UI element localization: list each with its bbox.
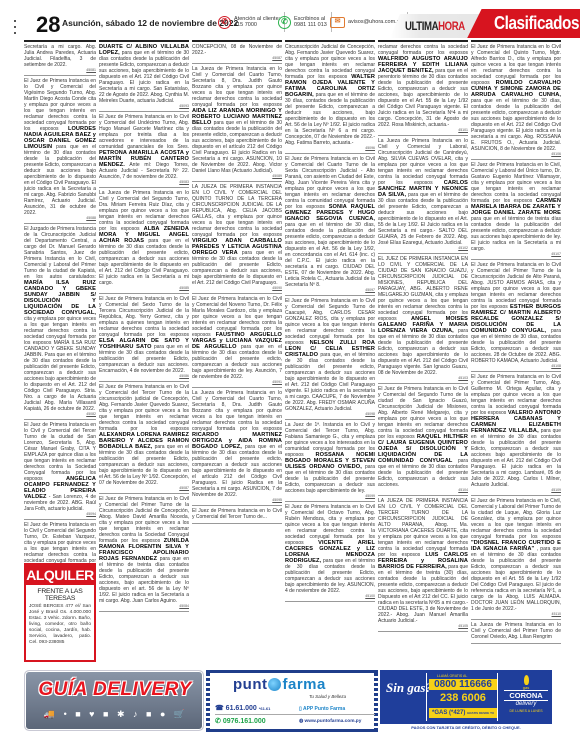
notice-text: para que en el término de 30 días contad… xyxy=(285,558,375,594)
whatsapp-number: ✆ 0976.161.000 xyxy=(215,717,266,725)
notice-text: para que en el término de 30 días contad… xyxy=(99,50,189,104)
mail-icon: ✉ xyxy=(330,17,345,28)
legal-notice: El Juez de Primera Instancia en lo Civil… xyxy=(471,372,561,496)
website-link[interactable]: ◍ www.puntofarma.com.py xyxy=(299,719,361,724)
notice-text: El Juez de Primera Instancia en lo Civil… xyxy=(378,386,468,440)
border-decoration xyxy=(374,673,378,729)
notice-code: 45083 xyxy=(99,180,189,184)
legal-notice: El Juez de Primera Instancia en lo Civil… xyxy=(99,112,189,188)
column-4: Circunscripción Judicial de Concepción, … xyxy=(285,40,375,662)
notice-code: 45106 xyxy=(471,152,561,156)
delivery-guide-ad[interactable]: GUÍA DELIVERY 🚚 • ■ ♥ ■ ✱ ♪ ■ ● 🛒 xyxy=(24,670,204,731)
notice-code: 45109 xyxy=(471,488,561,492)
notice-text: El Juez de Primera Instancia en lo Civil… xyxy=(471,262,561,310)
legal-notice: La Jueza de Primera Instancia en lo Civi… xyxy=(471,620,561,644)
legal-notice: El Juez de Primera Instancia en lo Civil… xyxy=(471,260,561,372)
notice-text: LA JUEZA DE PRIMERA INSTANCIA EN LO CIVI… xyxy=(378,498,468,558)
notice-code: 45108 xyxy=(471,364,561,368)
column-3: CONCEPCION, 08 de Noviembre de 2022.- 45… xyxy=(192,40,282,662)
notice-code: 45101 xyxy=(378,128,468,132)
notice-code: 45084 xyxy=(99,604,189,608)
notice-text: Secretaría a mi cargo. Abg. Julia Andrea… xyxy=(24,44,96,68)
legal-notice: La Juez de 1ª. Instancia en lo Civil y C… xyxy=(285,420,375,502)
dateline: Asunción, sábado 12 de noviembre de 2022 xyxy=(62,18,238,28)
punto-farma-ad[interactable]: puntfarma Tu Salud y Belleza ☎ 61.61.000… xyxy=(206,670,378,732)
notice-text: para que en el término de treinta días c… xyxy=(471,216,561,252)
brand-logo: ULTIMAHORA xyxy=(405,19,465,33)
local-number: 238 6006 xyxy=(429,692,497,704)
notice-code: 45082 xyxy=(24,412,96,416)
legal-notice: EL JUEZ DE PRIMERA INSTANCIA EN LO CIVIL… xyxy=(378,254,468,384)
logo-orb-icon xyxy=(268,678,281,691)
notice-parties: MARÍA ILSA RUIZ CANDADO Y GBEKE SUNDAY J… xyxy=(24,280,96,316)
legal-notice: reclamar derechos contra la sociedad con… xyxy=(378,42,468,136)
notice-text: El Juez de Primera Instancia en lo Civil… xyxy=(24,78,96,132)
divider xyxy=(215,714,375,715)
legal-notice: El Juez de Primera Instancia en lo Civil… xyxy=(285,296,375,420)
notice-code: 45085 xyxy=(99,286,189,290)
rental-ad: ALQUILER FRENTE A LAS TERESAS JOSÉ BERGE… xyxy=(24,563,96,662)
notice-text: El Juez de Primera Instancia en lo Civil… xyxy=(471,498,561,540)
notice-text: El Juzgado de Primera Instancia de la Ci… xyxy=(24,226,96,280)
notice-text: para que en el término de 30 días, conta… xyxy=(471,98,561,152)
phone-icon: ✆ xyxy=(218,16,231,29)
notice-code: 45098 xyxy=(285,412,375,416)
notice-text: para que en el término de 30 días, conta… xyxy=(285,92,375,146)
rental-heading: ALQUILER xyxy=(26,565,94,585)
notice-code: 45105 xyxy=(378,624,468,628)
notice-code: 45099 xyxy=(285,494,375,498)
notice-text: La Jueza de Primera Instancia en lo Civi… xyxy=(192,390,282,432)
notice-text: La Jueza de Primera Instancia en lo Civi… xyxy=(378,138,468,186)
notice-code: 45102 xyxy=(378,246,468,250)
notice-text: para que en el término de treinta (30) d… xyxy=(378,564,468,624)
rental-title: FRENTE A LAS TERESAS xyxy=(26,588,94,602)
legal-notice: El Juez de Primera Instancia en lo Civil… xyxy=(285,154,375,296)
punto-farma-logo: puntfarma xyxy=(233,676,326,693)
notice-text: para que en el término de 30 días, conta… xyxy=(471,328,561,364)
notice-text: para que en el término de 30 días contad… xyxy=(24,144,96,216)
short-code: *GAS (*427) GRATIS DESDE TU CELULAR xyxy=(429,708,497,718)
notice-text: cita y emplaza por quince veces a los qu… xyxy=(24,316,96,412)
notice-text: LA JUEZA DE PRIMERA INSTANCIA EN LO CIVI… xyxy=(192,184,282,238)
contact-phone[interactable]: ✆ Atención al cliente:415 7000 xyxy=(218,12,285,32)
notice-text: reclamar derechos contra la sociedad con… xyxy=(378,44,468,56)
notice-text: para que en el término de 30 días contad… xyxy=(192,444,282,498)
notice-text: CONCEPCION, 08 de Noviembre de 2022.- xyxy=(192,44,282,56)
rental-body: JOSÉ BERGES 477 e// San José y Brasil Gs… xyxy=(26,602,94,648)
notice-code: 45086 xyxy=(99,374,189,378)
legal-notice: El Juez de Primera Instancia en lo Civil… xyxy=(471,160,561,260)
classifieds-columns: Secretaría a mi cargo. Abg. Julia Andrea… xyxy=(24,40,580,662)
notice-text: para que en el término de 30 días contad… xyxy=(192,250,282,286)
notice-text: El Juez de Primera Instancia en lo Civil… xyxy=(24,422,96,482)
legal-notice: El Juez de Primera Instancia en lo Civil… xyxy=(24,420,96,520)
punto-farma-tagline: Tu Salud y Belleza xyxy=(309,694,346,699)
notice-text: El Juez de Primera Instancia en lo Civil… xyxy=(99,296,189,338)
notice-text: para que en el perentorio término de 30 … xyxy=(378,68,468,128)
legal-notice: La Jueza de Primera Instancia en lo Civi… xyxy=(378,136,468,254)
notice-code: 45100 xyxy=(285,594,375,598)
column-5: reclamar derechos contra la sociedad con… xyxy=(378,40,468,662)
notice-code: 45081 xyxy=(24,68,96,72)
gas-delivery-ad[interactable]: Sin gas? LLAMÁ GRATIS AL 0800 116666 238… xyxy=(380,670,552,724)
legal-notice: LA JUEZA DE PRIMERA INSTANCIA EN LO CIVI… xyxy=(378,496,468,632)
notice-text: , para que en el término de 30 días cont… xyxy=(471,546,561,612)
notice-code: 45107 xyxy=(471,252,561,256)
column-6: El Juez de Primera Instancia en lo Civil… xyxy=(471,40,561,662)
contact-value: avisos@uhora.com.py xyxy=(348,19,403,26)
notice-code: 45087 xyxy=(99,486,189,490)
contact-value: 0981 111 013 xyxy=(294,22,327,28)
legal-notice: El Juez de Primera Instancia en lo Civil… xyxy=(192,294,282,388)
legal-notice: El Juez de Primera Instancia en lo Civil… xyxy=(378,384,468,496)
legal-notice: La Jueza de Primera Instancia en lo Civi… xyxy=(192,388,282,506)
notice-code: 45087 xyxy=(192,56,282,60)
delivery-icons: 🚚 • ■ ♥ ■ ✱ ♪ ■ ● 🛒 xyxy=(33,709,199,720)
flame-icon xyxy=(524,675,529,685)
column-2: DUARTE C/ ALBINO VILLALBA LOPEZ, para qu… xyxy=(99,40,189,662)
call-free-label: LLAMÁ GRATIS AL xyxy=(437,674,467,678)
notice-text: EL JUEZ DE PRIMERA INSTANCIA EN LO CIVIL… xyxy=(378,256,468,322)
notice-text: La Jueza de Primera Instancia en lo Civi… xyxy=(192,66,282,108)
notice-text: El Juez de Primera Instancia en lo Civil… xyxy=(99,114,189,150)
legal-notice: La Jueza de Primera Instancia en lo Civi… xyxy=(192,64,282,182)
border-decoration xyxy=(206,673,210,729)
legal-notice: El Juez de Primera Instancia en lo Civil… xyxy=(285,502,375,602)
notice-code: 45103 xyxy=(378,376,468,380)
notice-code: 45090 xyxy=(192,286,282,290)
delivery-title: GUÍA DELIVERY xyxy=(31,679,199,701)
notice-code: 45110 xyxy=(471,612,561,616)
legal-notice: El Juez de Primera Instancia en lo Civil… xyxy=(24,76,96,224)
notice-code: 45096 xyxy=(285,146,375,150)
notice-code: 45091 xyxy=(192,380,282,384)
notice-text: El Juez de Primera Instancia en lo Civil… xyxy=(99,496,189,544)
notice-text: El Juez de Primera Instancia en lo Civil… xyxy=(285,298,375,346)
payment-note: PAGOS CON TARJETA DE CRÉDITO, DÉBITO O C… xyxy=(380,725,552,730)
legal-notice: LA JUEZA DE PRIMERA INSTANCIA EN LO CIVI… xyxy=(192,182,282,294)
notice-text: para que en el término de 30 días contad… xyxy=(192,120,282,174)
notice-text: para que en el término de 30 días contad… xyxy=(471,428,561,488)
phone-number: ☎ 61.61.000 *61.61 xyxy=(215,704,270,712)
legal-notice: La Jueza de Primera Instancia en lo Civi… xyxy=(99,188,189,294)
notice-text: El Juez de Primera Instancia en lo Civil… xyxy=(99,384,189,432)
notice-text: para que en el término de 30 días contad… xyxy=(192,344,282,380)
notice-text: para que en el término de 30 días contad… xyxy=(378,328,468,376)
gutter-marks xyxy=(14,20,17,42)
notice-text: para que en el término de 30 días, conta… xyxy=(285,222,375,288)
notice-text: para que en el término de 30 días contad… xyxy=(378,192,468,246)
contact-whatsapp[interactable]: ✆ Escribinos al0981 111 013 xyxy=(278,12,332,32)
notice-text: para que, en el término de 30 días conta… xyxy=(285,352,375,412)
legal-notice: Secretaría a mi cargo. Abg. Julia Andrea… xyxy=(24,42,96,76)
whatsapp-icon: ✆ xyxy=(215,718,223,725)
notice-code: 45089 xyxy=(192,174,282,178)
notice-text: para que en el término de 30 días contad… xyxy=(99,238,189,286)
legal-notice: El Juez de Primera Instancia en lo Civil… xyxy=(99,382,189,494)
notice-code: 45104 xyxy=(378,488,468,492)
phone-icon: ☎ xyxy=(215,705,226,712)
legal-notice: CONCEPCION, 08 de Noviembre de 2022.- 45… xyxy=(192,42,282,64)
section-label: Clasificados xyxy=(494,13,579,34)
legal-notice: DUARTE C/ ALBINO VILLALBA LOPEZ, para qu… xyxy=(99,42,189,112)
sin-gas-headline: Sin gas? xyxy=(386,682,432,694)
contact-label: Atención al cliente: xyxy=(234,16,280,22)
legal-notice: El Juez de Primera Instancia en lo Civil… xyxy=(471,42,561,160)
page-number: 28 xyxy=(36,12,60,38)
legal-notice: El Juez de Primera Instancia en lo Civil… xyxy=(99,494,189,612)
notice-text: El Juez de Primera Instancia en lo Civil… xyxy=(285,156,375,210)
notice-code: 45088 xyxy=(24,216,96,220)
notice-text: El Juez de Primera Instancia en lo Civil… xyxy=(192,508,282,520)
section-title: Clasificados xyxy=(460,9,580,38)
notice-code: 45095 xyxy=(192,498,282,502)
notice-code: 45097 xyxy=(285,288,375,292)
app-link[interactable]: ▯ APP Punto Farma xyxy=(299,706,345,712)
contact-label: Escribinos al xyxy=(294,16,325,22)
notice-text: para que en el término de 30 días contad… xyxy=(99,444,189,486)
whatsapp-icon: ✆ xyxy=(278,16,291,29)
page-header: 28 Asunción, sábado 12 de noviembre de 2… xyxy=(0,0,580,40)
contact-value: 415 7000 xyxy=(234,22,257,28)
notice-text: La Jueza de Primera Instancia en lo Civi… xyxy=(471,622,561,640)
legal-notice: El Juez de Primera Instancia en lo Civil… xyxy=(471,496,561,620)
gas-phone-box: LLAMÁ GRATIS AL 0800 116666 238 6006 *GA… xyxy=(426,673,498,721)
legal-notice: El Juzgado de Primera Instancia de la Ci… xyxy=(24,224,96,420)
notice-text: para que en el término de treinta días c… xyxy=(99,556,189,604)
toll-free-number: 0800 116666 xyxy=(429,679,497,690)
notice-code: 45093 xyxy=(99,104,189,108)
legal-notice: El Juez de Primera Instancia en lo Civil… xyxy=(99,294,189,382)
notice-code: 45094 xyxy=(24,512,96,516)
legal-notice: Circunscripción Judicial de Concepción, … xyxy=(285,42,375,154)
legal-notice: El Juez de Primera Instancia en lo Civil… xyxy=(192,506,282,524)
corona-logo: gas CORONA delivery DE LUNES A LUNES xyxy=(504,675,548,713)
